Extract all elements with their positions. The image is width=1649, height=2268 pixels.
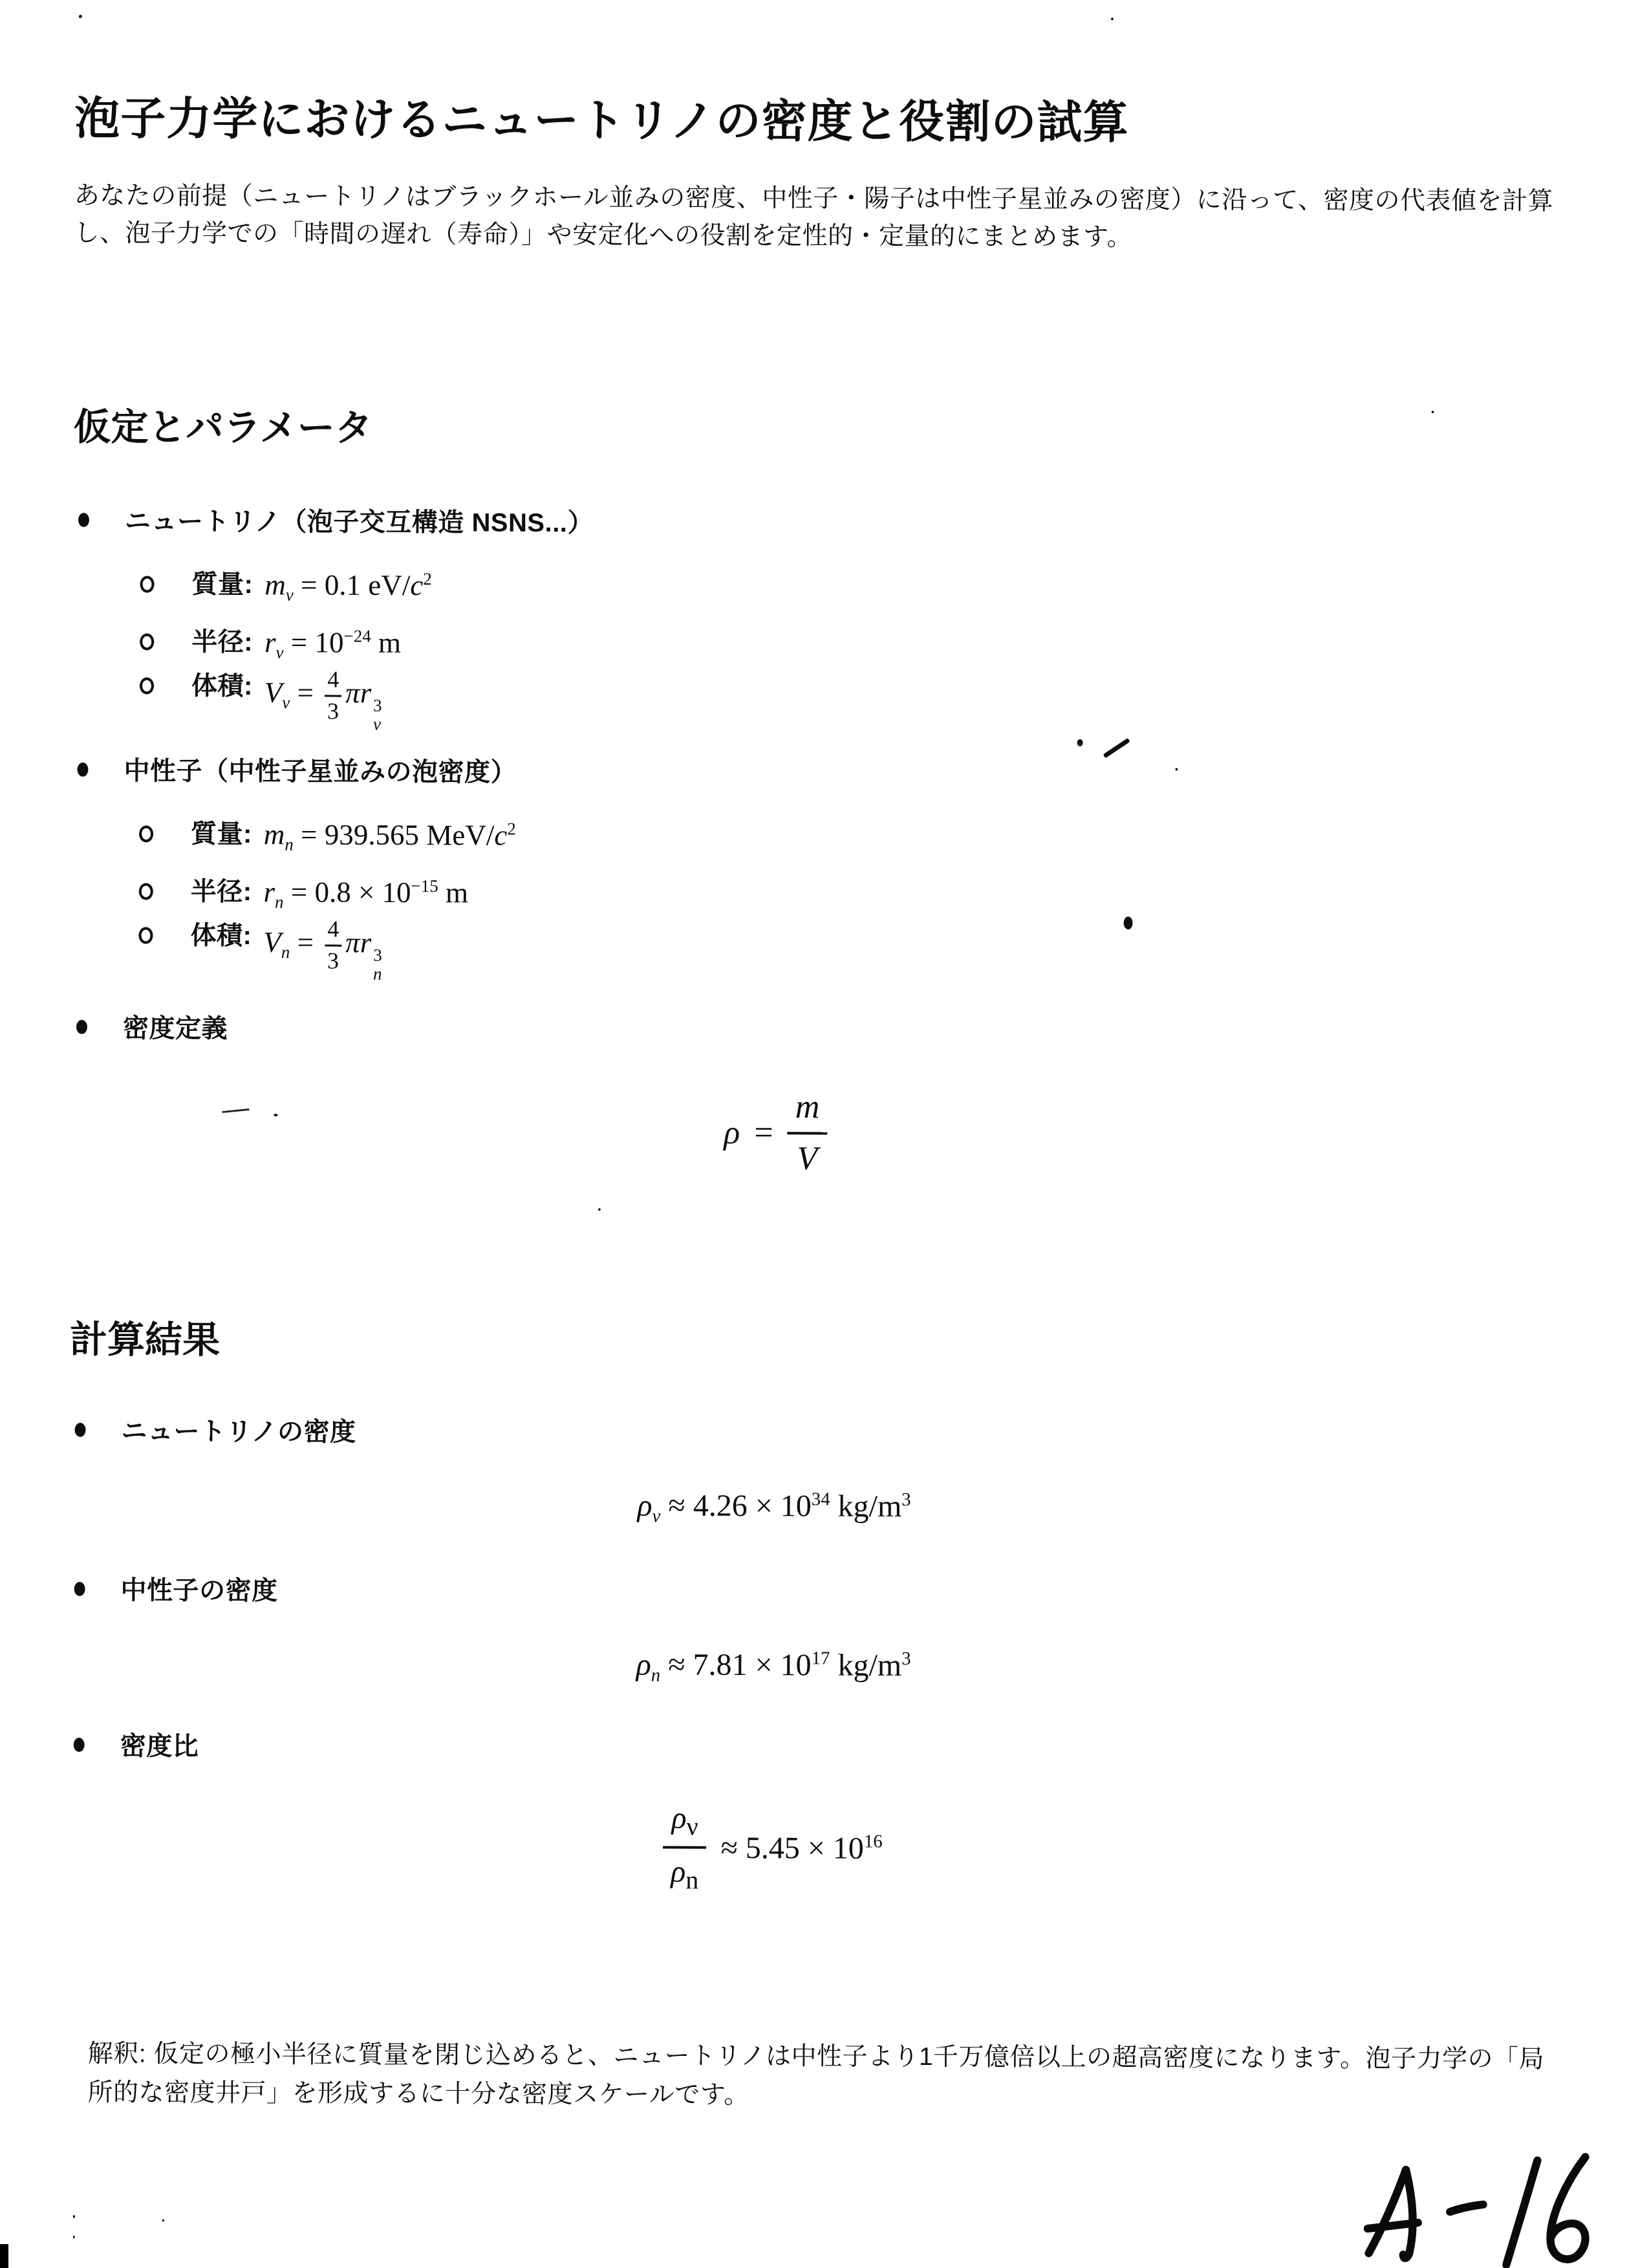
fraction: 43 [325,918,341,974]
param-formula: mν = 0.1 eV/c2 [264,566,432,607]
param-label: 体積: [191,667,253,705]
circle-bullet-icon [140,576,155,593]
neutron-density-formula: ρn ≈ 7.81 × 1017 kg/m3 [20,1644,1527,1689]
fraction: ρνρn [663,1800,707,1895]
intro-paragraph: あなたの前提（ニュートリノはブラックホール並みの密度、中性子・陽子は中性子星並み… [74,177,1588,259]
bullet-icon [74,1738,85,1752]
section-heading-results: 計算結果 [70,1319,1577,1366]
scan-speck [162,2219,164,2222]
fraction: 43 [325,668,341,724]
param-label: 半径: [191,623,253,661]
sup-sub-stack: 3n [373,946,382,983]
handwritten-annotation [1308,2147,1649,2268]
param-formula: mn = 939.565 MeV/c2 [264,815,516,857]
list-item-neutrino-radius: 半径: rν = 10−24 m [140,623,1579,669]
list-item-neutrino-volume: 体積: Vν = 43πr3ν [140,667,1579,738]
list-item-neutron-radius: 半径: rn = 0.8 × 10−15 m [139,872,1579,918]
bullet-icon [76,1020,87,1034]
list-item-neutron: 中性子（中性子星並みの泡密度） [77,754,1579,794]
list-item-neutrino-density: ニュートリノの密度 [74,1415,1576,1454]
scanned-page: 泡子力学におけるニュートリノの密度と役割の試算 あなたの前提（ニュートリノはブラ… [0,0,1649,2268]
param-label: 質量: [191,566,253,603]
circle-bullet-icon [140,678,154,695]
scan-speck [1175,768,1178,771]
param-label: 質量: [191,815,252,853]
param-formula: Vν = 43πr3ν [264,668,382,734]
handwriting-strokes [1308,2147,1649,2268]
density-ratio-formula: ρνρn ≈ 5.45 × 1016 [19,1797,1527,1898]
equation: ρn ≈ 7.81 × 1017 kg/m3 [636,1647,911,1683]
bullet-icon [75,1423,86,1438]
document-body: 泡子力学におけるニュートリノの密度と役割の試算 あなたの前提（ニュートリノはブラ… [0,0,1649,1899]
scan-edge-mark [0,2244,8,2268]
param-label: 半径: [191,872,252,910]
section-heading-assumptions: 仮定とパラメータ [73,407,1580,454]
circle-bullet-icon [139,826,153,843]
circle-bullet-icon [140,633,154,650]
scan-speck [73,2215,75,2218]
equation: ρνρn ≈ 5.45 × 1016 [663,1800,883,1895]
scan-speck [73,2236,75,2238]
page-title: 泡子力学におけるニュートリノの密度と役割の試算 [74,92,1581,150]
fraction: mV [787,1088,827,1178]
equation: ρν ≈ 4.26 × 1034 kg/m3 [637,1489,911,1524]
list-item-neutrino-mass: 質量: mν = 0.1 eV/c2 [140,566,1579,612]
sup-sub-stack: 3ν [373,697,382,733]
circle-bullet-icon [138,927,153,944]
param-formula: Vn = 43πr3n [263,917,382,983]
scan-speck [79,15,82,18]
list-item-density-ratio: 密度比 [74,1729,1575,1769]
circle-bullet-icon [139,883,153,900]
density-definition-formula: ρ=mV [22,1085,1529,1182]
neutrino-density-formula: ρν ≈ 4.26 × 1034 kg/m3 [21,1485,1527,1531]
scan-speck [274,1114,277,1116]
list-item-neutron-mass: 質量: mn = 939.565 MeV/c2 [139,815,1579,861]
param-label: 体積: [190,917,252,955]
param-formula: rν = 10−24 m [264,623,401,664]
bullet-icon [74,1582,85,1596]
equation: ρ=mV [724,1088,827,1178]
scan-speck [1111,17,1114,20]
scan-speck [1432,411,1434,413]
interpretation-note: 解釈: 仮定の極小半径に質量を閉じ込めると、ニュートリノは中性子より1千万億倍以… [88,2035,1569,2119]
scan-speck [1124,916,1133,929]
list-item-neutrino: ニュートリノ（泡子交互構造 NSNS...） [78,504,1580,544]
list-item-label: ニュートリノ（泡子交互構造 NSNS...） [125,505,594,541]
list-item-neutron-volume: 体積: Vn = 43πr3n [138,917,1578,988]
bullet-icon [77,762,88,777]
list-item-label: 中性子の密度 [121,1573,278,1608]
list-item-label: ニュートリノの密度 [121,1415,356,1449]
param-formula: rn = 0.8 × 10−15 m [263,873,468,914]
list-item-label: 密度定義 [123,1011,228,1046]
bullet-icon [78,513,89,527]
list-item-neutron-density: 中性子の密度 [74,1573,1576,1613]
scan-speck [1077,739,1083,746]
list-item-label: 中性子（中性子星並みの泡密度） [124,755,517,790]
scan-speck [598,1208,601,1211]
list-item-density-definition: 密度定義 [76,1011,1578,1051]
list-item-label: 密度比 [120,1729,199,1763]
